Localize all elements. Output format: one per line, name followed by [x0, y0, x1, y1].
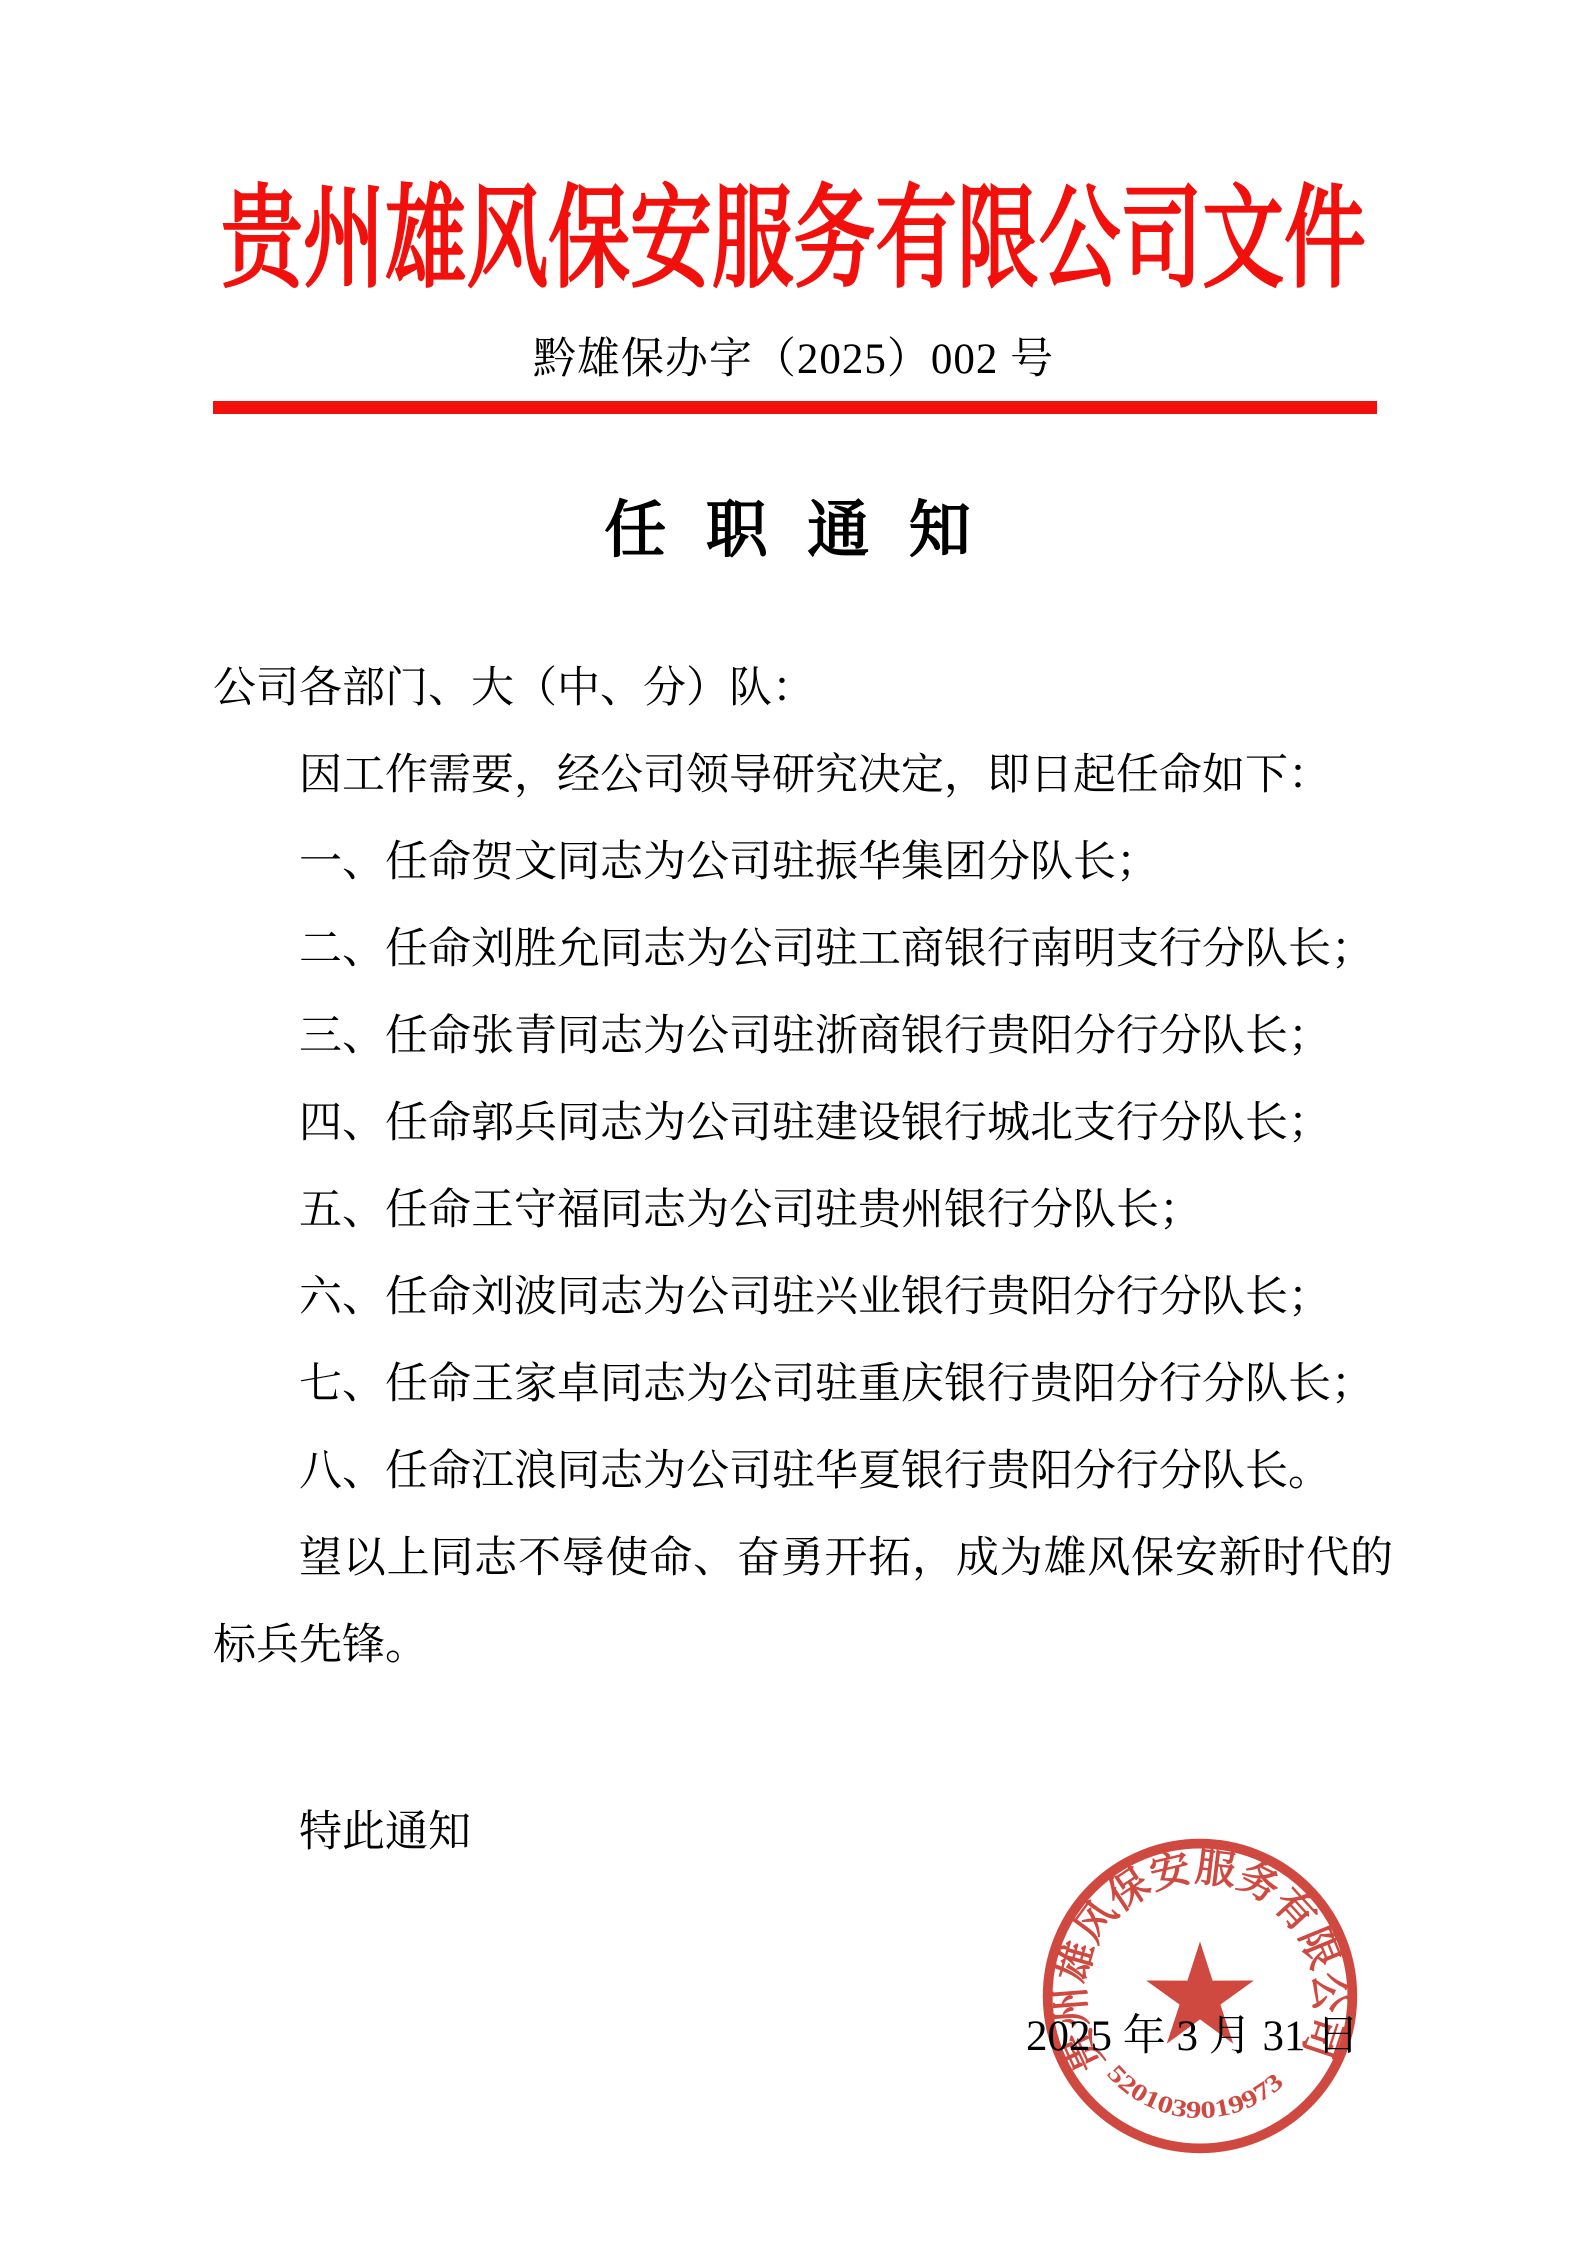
- issue-date: 2025 年 3 月 31 日: [1026, 2002, 1359, 2063]
- document-page: 贵州雄风保安服务有限公司文件 黔雄保办字（2025）002 号 任 职 通 知 …: [0, 0, 1587, 2245]
- document-number: 黔雄保办字（2025）002 号: [0, 334, 1587, 386]
- appointment-item-1: 一、任命贺文同志为公司驻振华集团分队长；: [213, 819, 1393, 906]
- appointment-item-7: 七、任命王家卓同志为公司驻重庆银行贵阳分行分队长；: [213, 1341, 1393, 1428]
- company-seal: 贵州雄风保安服务有限公司 5201039019973: [1034, 1830, 1366, 2162]
- appointment-item-6: 六、任命刘波同志为公司驻兴业银行贵阳分行分队长；: [213, 1254, 1393, 1341]
- notice-title: 任 职 通 知: [0, 500, 1587, 562]
- appointment-item-3: 三、任命张青同志为公司驻浙商银行贵阳分行分队长；: [213, 993, 1393, 1080]
- notice-body: 公司各部门、大（中、分）队： 因工作需要，经公司领导研究决定，即日起任命如下： …: [213, 645, 1393, 1876]
- seal-serial-text: 5201039019973: [1102, 2060, 1289, 2124]
- appointment-item-2: 二、任命刘胜允同志为公司驻工商银行南明支行分队长；: [213, 906, 1393, 993]
- appointment-item-8: 八、任命江浪同志为公司驻华夏银行贵阳分行分队长。: [213, 1428, 1393, 1515]
- appointment-item-5: 五、任命王守福同志为公司驻贵州银行分队长；: [213, 1167, 1393, 1254]
- salutation-line: 公司各部门、大（中、分）队：: [213, 645, 1393, 732]
- svg-text:5201039019973: 5201039019973: [1102, 2060, 1289, 2124]
- letterhead-org-title: 贵州雄风保安服务有限公司文件: [214, 182, 1373, 300]
- appointment-item-4: 四、任命郭兵同志为公司驻建设银行城北支行分队长；: [213, 1080, 1393, 1167]
- closing-line: 望以上同志不辱使命、奋勇开拓，成为雄风保安新时代的标兵先锋。: [213, 1515, 1393, 1689]
- intro-line: 因工作需要，经公司领导研究决定，即日起任命如下：: [213, 732, 1393, 819]
- letterhead-divider: [213, 401, 1377, 414]
